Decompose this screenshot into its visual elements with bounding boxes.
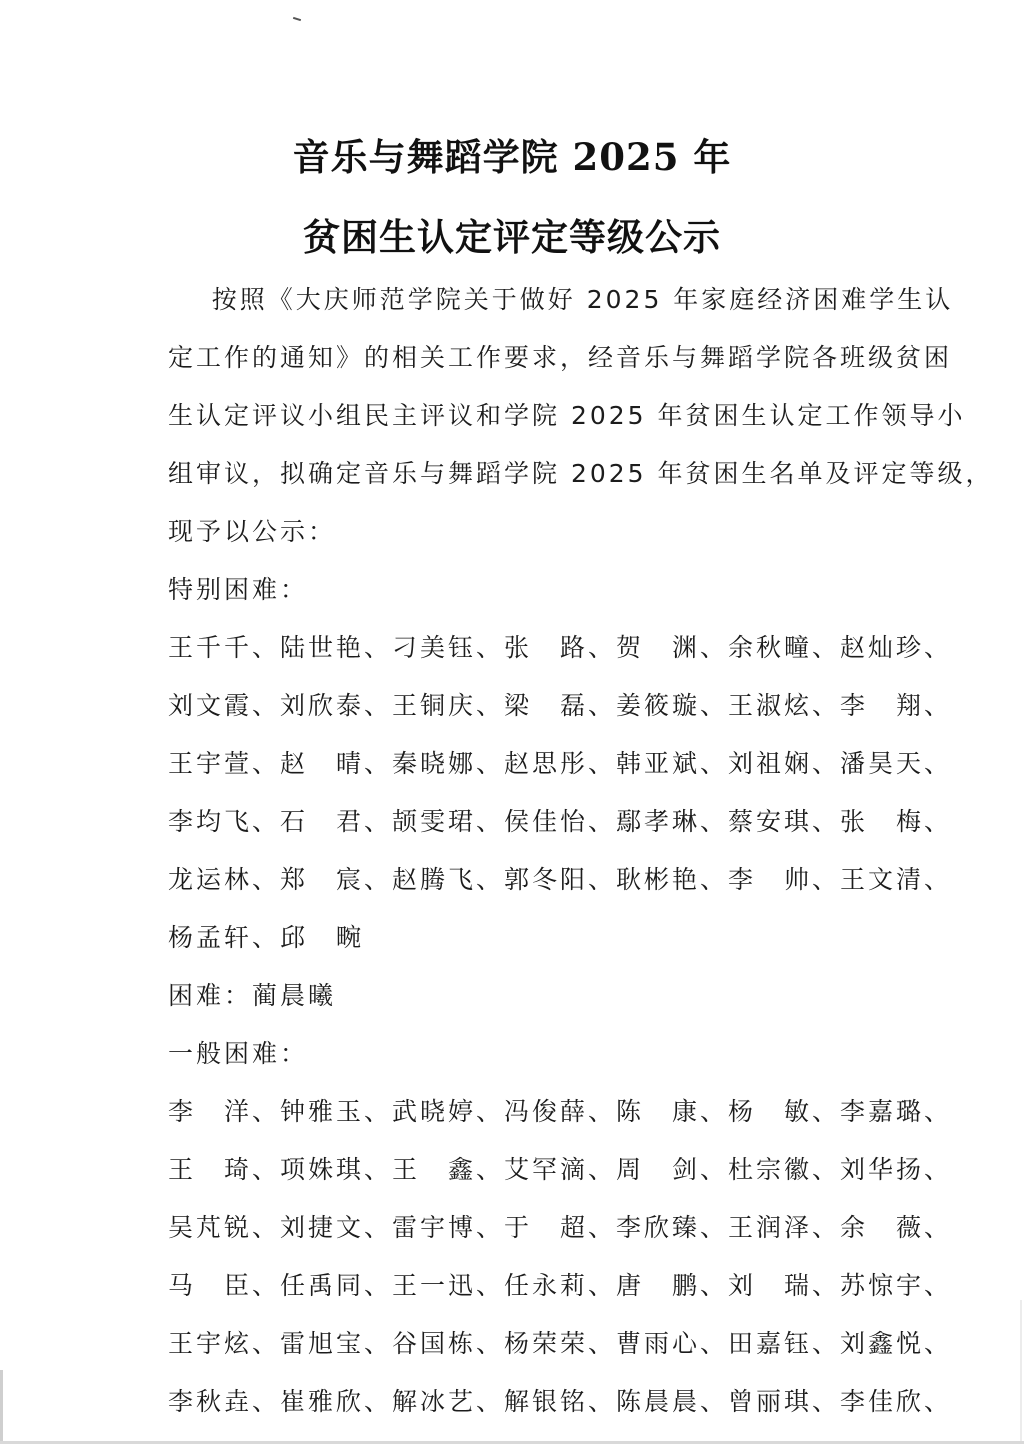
name-list-line: 李秋垚、崔雅欣、解冰艺、解银铭、陈晨晨、曾丽琪、李佳欣、 bbox=[168, 1373, 898, 1431]
intro-line: 生认定评议小组民主评议和学院 2025 年贫困生认定工作领导小 bbox=[168, 387, 898, 445]
intro-paragraph: 按照《大庆师范学院关于做好 2025 年家庭经济困难学生认 定工作的通知》的相关… bbox=[168, 271, 898, 561]
name-list-line: 李 洋、钟雅玉、武晓婷、冯俊薛、陈 康、杨 敏、李嘉璐、 bbox=[168, 1083, 898, 1141]
name-list-line: 李均飞、石 君、颉雯珺、侯佳怡、鄢孝琳、蔡安琪、张 梅、 bbox=[168, 793, 898, 851]
intro-line: 定工作的通知》的相关工作要求，经音乐与舞蹈学院各班级贫困 bbox=[168, 329, 898, 387]
section-general-difficulty: 一般困难： 李 洋、钟雅玉、武晓婷、冯俊薛、陈 康、杨 敏、李嘉璐、 王 琦、项… bbox=[168, 1025, 898, 1431]
scan-artifact-mark bbox=[293, 17, 301, 21]
section-label-general: 一般困难： bbox=[168, 1025, 898, 1083]
name-list-line: 刘文霞、刘欣泰、王铜庆、梁 磊、姜筱璇、王淑炫、李 翔、 bbox=[168, 677, 898, 735]
intro-line: 按照《大庆师范学院关于做好 2025 年家庭经济困难学生认 bbox=[168, 271, 898, 329]
name-list-line: 王 琦、项姝琪、王 鑫、艾罕滴、周 剑、杜宗徽、刘华扬、 bbox=[168, 1141, 898, 1199]
document-title-line-2: 贫困生认定评定等级公示 bbox=[0, 207, 1024, 261]
intro-line: 现予以公示： bbox=[168, 503, 898, 561]
scan-edge-left bbox=[0, 1370, 3, 1444]
name-list-line: 吴芃锐、刘捷文、雷宇博、于 超、李欣臻、王润泽、余 薇、 bbox=[168, 1199, 898, 1257]
name-list-line: 龙运林、郑 宸、赵腾飞、郭冬阳、耿彬艳、李 帅、王文清、 bbox=[168, 851, 898, 909]
section-special-difficulty: 特别困难： 王千千、陆世艳、刁美钰、张 路、贺 渊、余秋疃、赵灿珍、 刘文霞、刘… bbox=[168, 561, 898, 967]
name-list-line: 王宇萱、赵 晴、秦晓娜、赵思彤、韩亚斌、刘祖娴、潘昊天、 bbox=[168, 735, 898, 793]
scan-edge-right bbox=[1020, 1300, 1022, 1444]
name-list-line: 马 臣、任禹同、王一迅、任永莉、唐 鹏、刘 瑞、苏惊宇、 bbox=[168, 1257, 898, 1315]
intro-line: 组审议，拟确定音乐与舞蹈学院 2025 年贫困生名单及评定等级， bbox=[168, 445, 898, 503]
document-title-line-1: 音乐与舞蹈学院 2025 年 bbox=[0, 127, 1024, 181]
name-list-line: 王宇炫、雷旭宝、谷国栋、杨荣荣、曹雨心、田嘉钰、刘鑫悦、 bbox=[168, 1315, 898, 1373]
name-list-line: 杨孟轩、邱 畹 bbox=[168, 909, 898, 967]
difficulty-line: 困难：蔺晨曦 bbox=[168, 967, 898, 1025]
section-difficulty: 困难：蔺晨曦 bbox=[168, 967, 898, 1025]
name-list-line: 王千千、陆世艳、刁美钰、张 路、贺 渊、余秋疃、赵灿珍、 bbox=[168, 619, 898, 677]
section-label-special: 特别困难： bbox=[168, 561, 898, 619]
document-page: 音乐与舞蹈学院 2025 年 贫困生认定评定等级公示 按照《大庆师范学院关于做好… bbox=[0, 0, 1024, 1444]
